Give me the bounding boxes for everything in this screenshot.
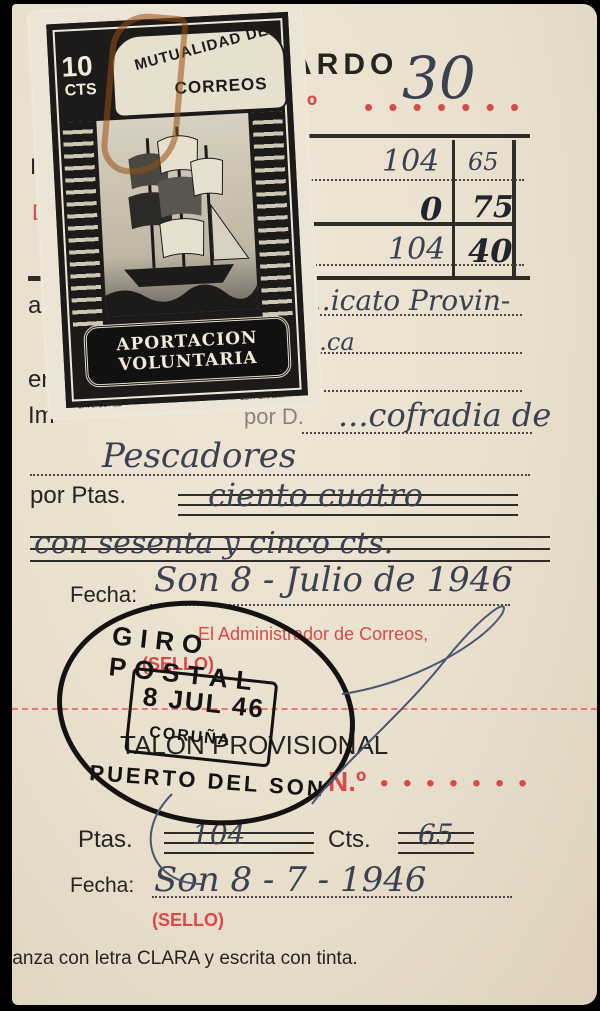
stamp-banner-bottom: CORREOS xyxy=(174,74,268,99)
charity-stamp: 10 CTS MUTUALIDAD DE CORREOS xyxy=(30,4,321,418)
stamp-imprint-left: LIT. J. LOPEZ xyxy=(78,401,122,410)
stamp-value: 10 xyxy=(61,53,93,81)
money-order-card: ARDO n.º • • • • • • • 30 I D a en Im 10… xyxy=(12,4,597,1005)
stamp-unit: CTS xyxy=(64,81,97,101)
stamp-imprint-right: ED. HERALMI xyxy=(240,393,285,402)
stamp-caption: APORTACION VOLUNTARIA xyxy=(83,315,292,388)
stamp-right-pillar xyxy=(252,111,293,322)
